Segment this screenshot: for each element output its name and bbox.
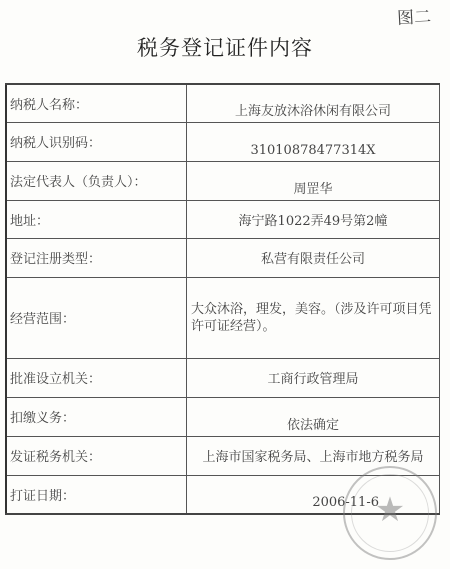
table-row: 登记注册类型： 私营有限责任公司 [6,238,440,277]
field-label: 登记注册类型： [6,238,187,277]
field-value: 大众沐浴，理发，美容。（涉及许可项目凭许可证经营）。 [187,277,440,358]
field-value: 海宁路1022弄49号第2幢 [187,200,440,238]
document-title: 税务登记证件内容 [0,32,450,62]
field-value: 上海友放沐浴休闲有限公司 [187,84,440,122]
field-label: 批准设立机关： [6,358,187,397]
field-label: 经营范围： [6,277,187,358]
field-value: 私营有限责任公司 [187,238,440,277]
official-seal: ★ [343,466,437,560]
field-label: 地址： [6,200,187,238]
table-row: 纳税人名称： 上海友放沐浴休闲有限公司 [6,84,440,122]
field-label: 纳税人名称： [6,84,187,122]
table-row: 经营范围： 大众沐浴，理发，美容。（涉及许可项目凭许可证经营）。 [6,277,440,358]
table-row: 地址： 海宁路1022弄49号第2幢 [6,200,440,238]
star-icon: ★ [345,490,435,530]
handwritten-note: 图二 [396,2,431,29]
field-label: 打证日期： [6,475,187,514]
field-value: 周罡华 [187,161,440,200]
field-value: 31010878477314X [187,122,440,161]
field-label: 法定代表人（负责人）： [6,161,187,200]
table-row: 纳税人识别码： 31010878477314X [6,122,440,161]
table-row: 法定代表人（负责人）： 周罡华 [6,161,440,200]
registration-table: 纳税人名称： 上海友放沐浴休闲有限公司 纳税人识别码： 310108784773… [5,83,440,515]
field-label: 发证税务机关： [6,436,187,475]
field-value: 依法确定 [187,397,440,436]
table-row: 批准设立机关： 工商行政管理局 [6,358,440,397]
table-row: 扣缴义务： 依法确定 [6,397,440,436]
field-label: 纳税人识别码： [6,122,187,161]
field-value: 工商行政管理局 [187,358,440,397]
field-label: 扣缴义务： [6,397,187,436]
